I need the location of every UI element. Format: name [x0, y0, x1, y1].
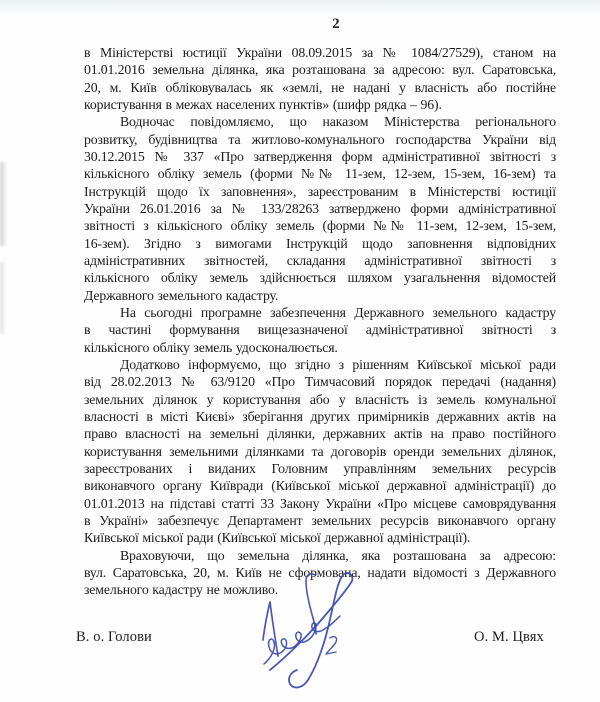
text-line: 20, м. Київ обліковувалась як «землі, не… [84, 79, 556, 96]
text-line: 01.01.2013 на підставі статті 33 Закону … [84, 495, 556, 512]
text-line: вул. Саратовська, 20, м. Київ не сформов… [84, 564, 556, 581]
text-line: від 28.02.2013 № 63/9120 «Про Тимчасовий… [84, 373, 556, 390]
text-line: земельних ділянок у користування або у в… [84, 391, 556, 408]
text-line: земельного кадастру не можливо. [84, 581, 556, 598]
signatory-name: О. М. Цвях [474, 629, 544, 646]
paragraph: Додатково інформуємо, що згідно з рішенн… [84, 356, 556, 547]
paragraph: На сьогодні програмне забезпечення Держа… [84, 304, 556, 356]
text-line: Враховуючи, що земельна ділянка, яка роз… [84, 547, 556, 564]
text-line: На сьогодні програмне забезпечення Держа… [84, 304, 556, 321]
text-line: зареєстрованих і виданих Головним управл… [84, 460, 556, 477]
text-line: користування земельними ділянками та дог… [84, 443, 556, 460]
text-line: Додатково інформуємо, що згідно з рішенн… [84, 356, 556, 373]
text-line: в Міністерстві юстиції України 08.09.201… [84, 44, 556, 61]
text-line: власності в місті Києві» зберігання друг… [84, 408, 556, 425]
scanned-letter-page: { "document": { "page_number": "2", "par… [0, 0, 600, 702]
text-line: право власності на земельні ділянки, дер… [84, 425, 556, 442]
scan-edge-tint [0, 0, 600, 14]
text-line: в частині формування вищезазначеної адмі… [84, 321, 556, 338]
text-line: Київської міської ради (Київської місько… [84, 529, 556, 546]
text-line: розвитку, будівництва та житлово-комунал… [84, 131, 556, 148]
text-line: Водночас повідомляємо, що наказом Мініст… [84, 113, 556, 130]
text-line: кількісного обліку земель удосконалюєтьс… [84, 339, 556, 356]
text-line: Інструкцій щодо їх заповнення», зареєстр… [84, 183, 556, 200]
text-line: 01.01.2016 земельна ділянка, яка розташо… [84, 61, 556, 78]
page-number: 2 [100, 16, 572, 33]
text-line: кількісного обліку земель здійснюється ш… [84, 269, 556, 286]
scan-smudge [0, 162, 7, 246]
paragraph: Водночас повідомляємо, що наказом Мініст… [84, 113, 556, 304]
text-line: виконавчого органу Київради (Київської м… [84, 477, 556, 494]
text-line: звітності з кількісного обліку земель (ф… [84, 217, 556, 234]
text-line: користування в межах населених пунктів» … [84, 96, 556, 113]
text-line: кількісного обліку земель (форми №№ 11-з… [84, 165, 556, 182]
text-line: адміністративних звітностей, складання а… [84, 252, 556, 269]
text-line: в Україні» забезпечує Департамент земель… [84, 512, 556, 529]
text-line: 30.12.2015 № 337 «Про затвердження форм … [84, 148, 556, 165]
body-text: в Міністерстві юстиції України 08.09.201… [84, 44, 556, 599]
signatory-title: В. о. Голови [76, 629, 152, 646]
paragraph: в Міністерстві юстиції України 08.09.201… [84, 44, 556, 113]
text-line: України 26.01.2016 за № 133/28263 затвер… [84, 200, 556, 217]
text-line: Державного земельного кадастру. [84, 287, 556, 304]
text-line: 16-зем). Згідно з вимогами Інструкцій що… [84, 235, 556, 252]
scan-smudge [0, 262, 6, 334]
paragraph: Враховуючи, що земельна ділянка, яка роз… [84, 547, 556, 599]
